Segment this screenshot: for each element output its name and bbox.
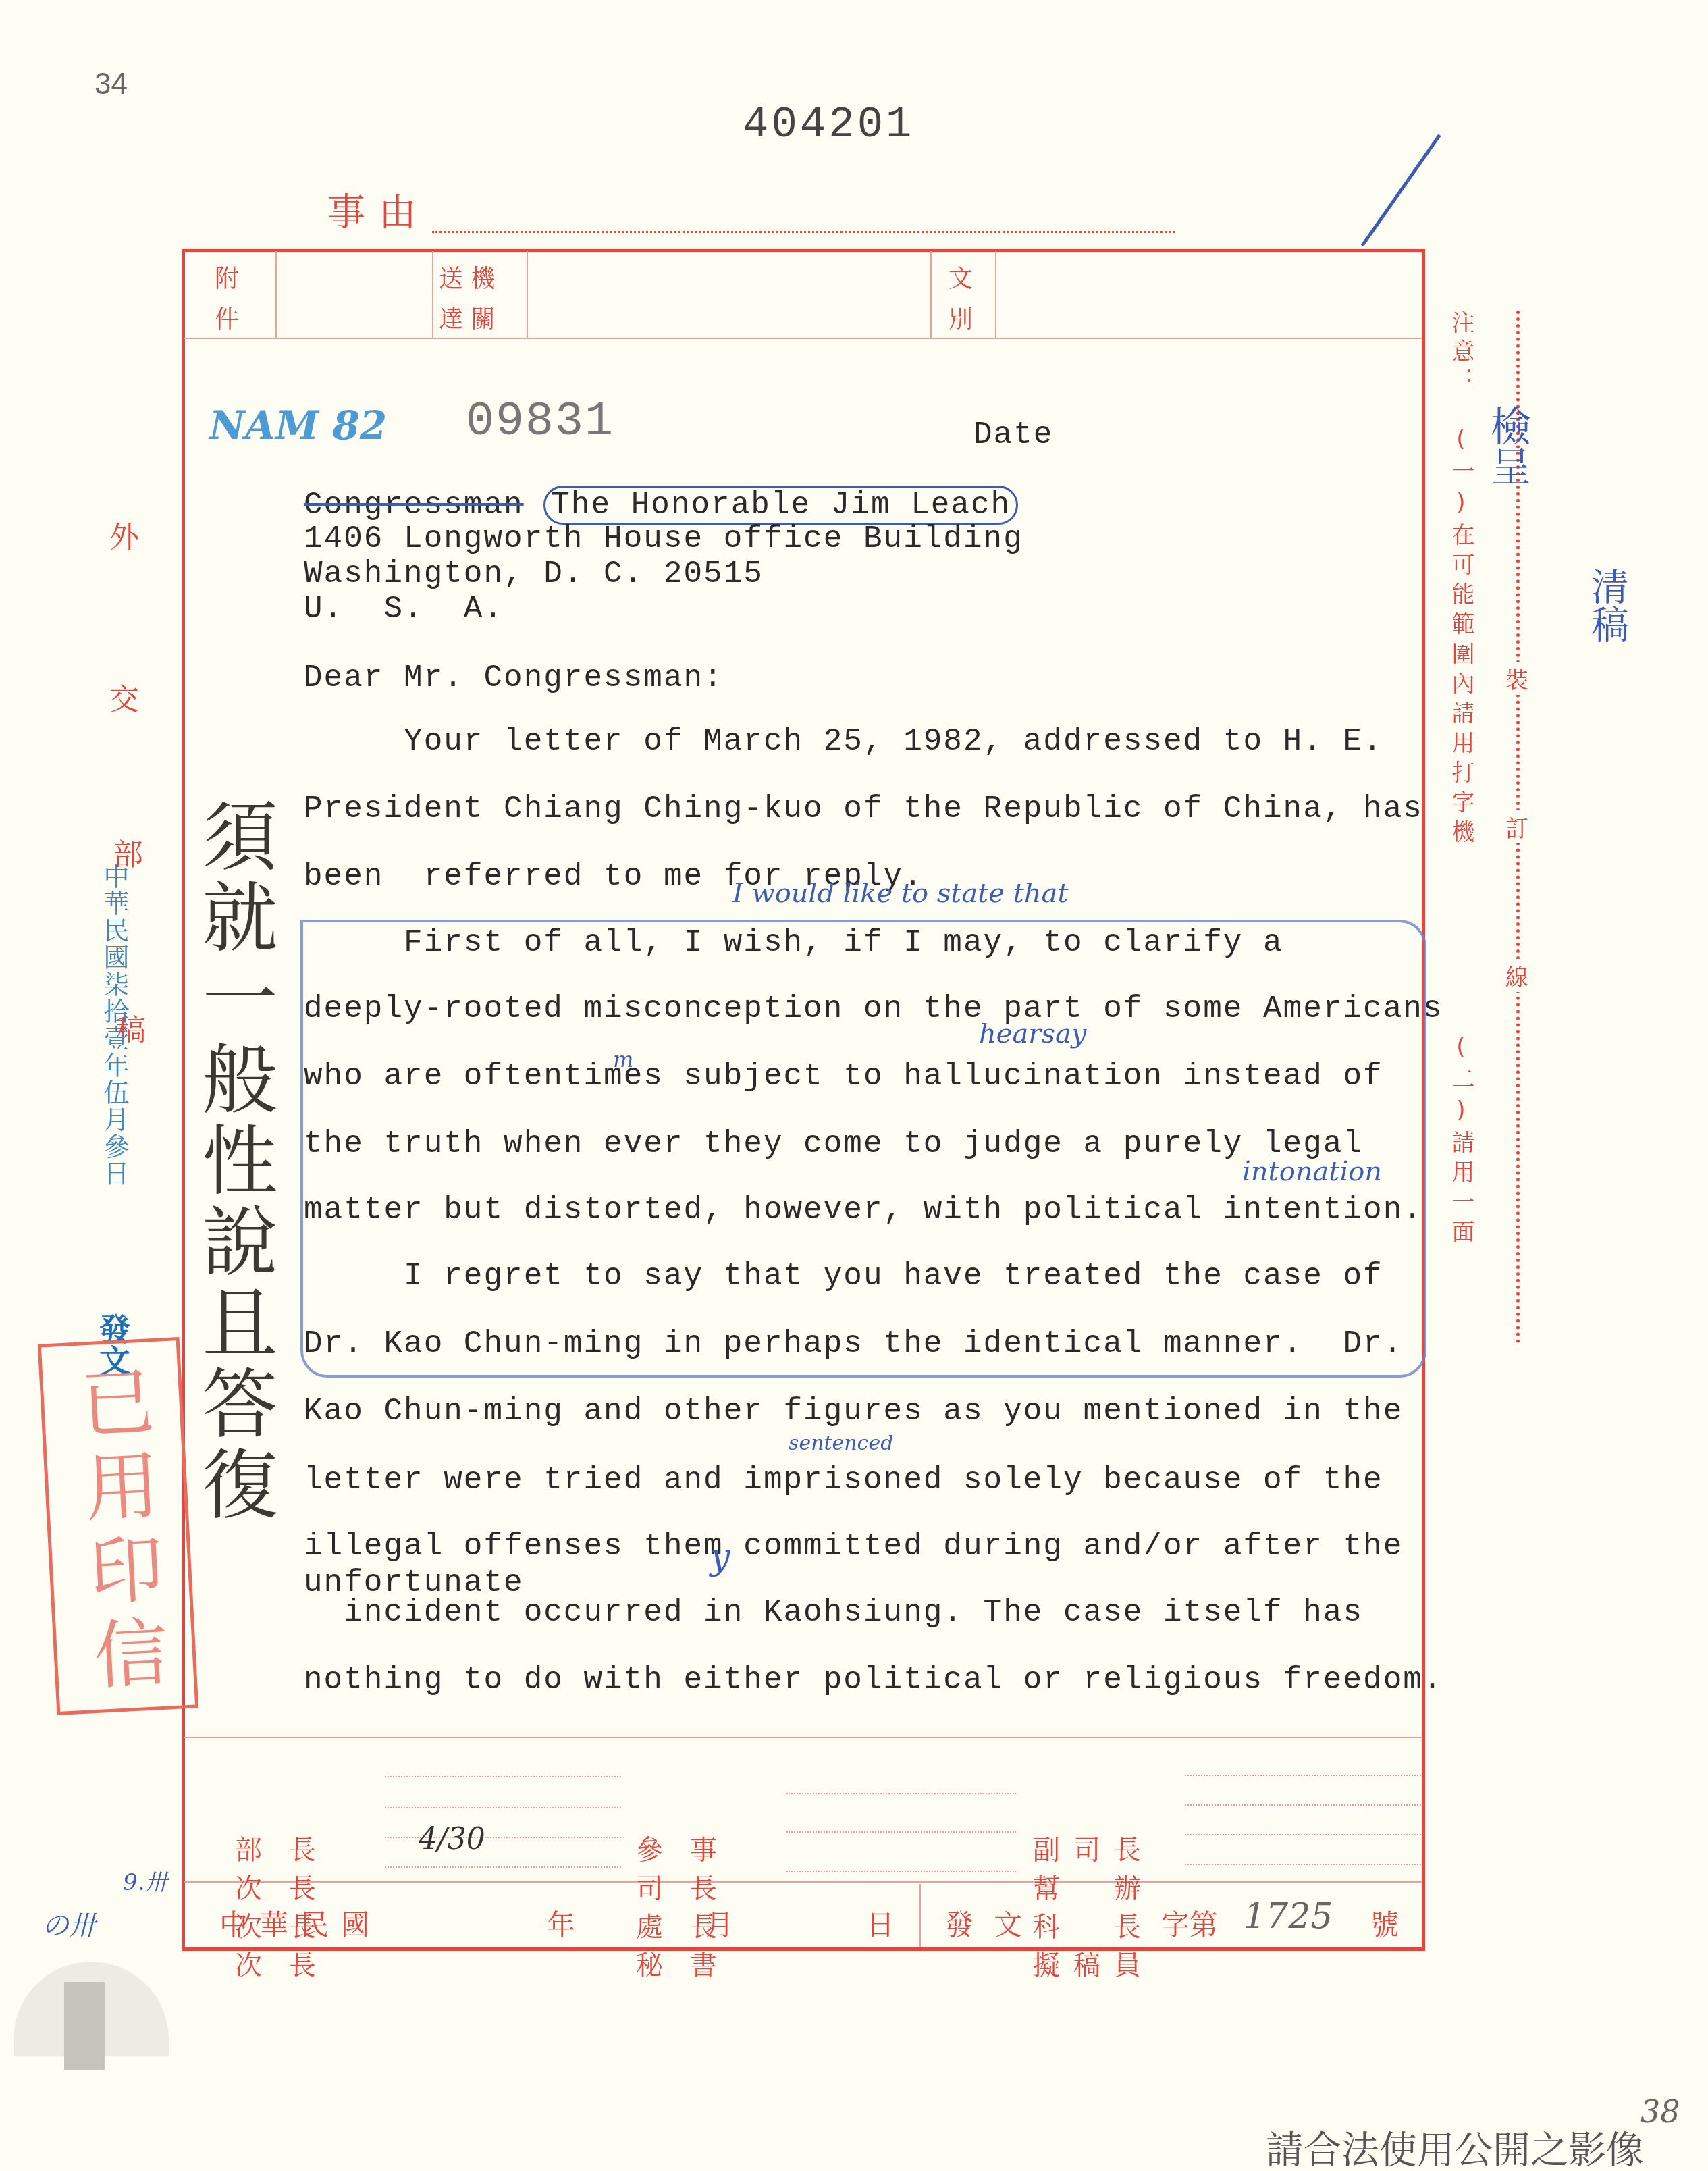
signature-line <box>385 1776 621 1777</box>
frame-top <box>182 249 1424 252</box>
approval-top-line <box>184 1737 1422 1738</box>
subject-line <box>432 231 1175 233</box>
binding-label-2: 訂 <box>1505 810 1528 843</box>
address-line-4: U. S. A. <box>304 592 504 627</box>
signature-line <box>385 1807 621 1808</box>
notice-title: 注意： <box>1445 311 1478 396</box>
recipient-agency-label: 送 機 達 關 <box>439 259 495 340</box>
check-mark <box>1361 134 1441 247</box>
archive-logo-book-icon <box>64 1982 105 2070</box>
footer-divider <box>919 1884 921 1947</box>
issue-number: 1725 <box>1244 1896 1333 1937</box>
reference-number: 09831 <box>466 396 614 449</box>
subject-label: 事由 <box>327 182 430 236</box>
date-label: Date <box>973 417 1053 452</box>
signature-line <box>1185 1775 1421 1776</box>
edit-bracket <box>300 920 1426 1378</box>
cell-divider <box>432 251 433 338</box>
footer-hao: 號 <box>1370 1903 1399 1943</box>
footer-day: 日 <box>866 1903 895 1943</box>
right-margin-note-2: 清稿 <box>1580 567 1634 643</box>
right-margin-note: 檢呈 <box>1478 405 1537 486</box>
binding-label-1: 裝 <box>1505 662 1528 695</box>
address-line-1: Congressman The Honorable Jim Leach <box>304 488 1018 523</box>
signature-line <box>1185 1834 1421 1835</box>
footer-word-no: 字第 <box>1161 1903 1218 1943</box>
serial-number: 404201 <box>743 101 914 150</box>
corner-page-number: 34 <box>95 68 128 101</box>
addressee-name: The Honorable Jim Leach <box>543 486 1018 525</box>
ministry-label-2: 交 <box>109 675 139 718</box>
watermark-notice: 請合法使用公開之影像 <box>1266 2120 1644 2171</box>
notice-item-1: (一)在可能範圍內請用打字機 <box>1445 425 1478 849</box>
body-line: letter were tried and imprisoned solely … <box>304 1463 1383 1498</box>
bottom-page-number: 38 <box>1640 2093 1680 2130</box>
annotation-sentenced: sentenced <box>789 1432 893 1455</box>
annotation-y: y <box>710 1537 730 1577</box>
signature-line <box>1185 1804 1421 1806</box>
doc-type-label: 文別 <box>949 259 973 340</box>
signature-line <box>786 1831 1016 1833</box>
frame-bottom <box>182 1947 1425 1951</box>
approval-col-2: 參 事司 長處 長秘 書 <box>636 1754 717 2024</box>
signature-line <box>385 1866 621 1868</box>
attachment-label: 附件 <box>215 259 239 340</box>
annotation-intonation: intonation <box>1242 1156 1382 1187</box>
reference-code: NAM 82 <box>209 402 387 448</box>
footer-month: 月 <box>705 1903 734 1943</box>
header-divider <box>184 338 1422 339</box>
address-line-3: Washington, D. C. 20515 <box>304 556 764 592</box>
footer-year: 年 <box>547 1903 575 1943</box>
body-line: illegal offenses them committed during a… <box>304 1529 1403 1564</box>
seal-used-stamp: 已用印信 <box>38 1337 198 1715</box>
cell-divider <box>995 251 996 338</box>
date-stamp: 中華民國柒拾壹年伍月參日 <box>96 863 133 1187</box>
annotation-m: m <box>613 1047 633 1072</box>
ministry-label-1: 外 <box>109 513 139 556</box>
approval-col-3: 副司長幫 辦科 長擬稿員 <box>1033 1754 1154 2024</box>
address-line-2: 1406 Longworth House office Building <box>304 521 1023 556</box>
salutation: Dear Mr. Congressman: <box>304 660 724 696</box>
body-line: President Chiang Ching-kuo of the Republ… <box>304 791 1423 827</box>
body-line: incident occurred in Kaohsiung. The case… <box>304 1595 1363 1630</box>
signature-line <box>1185 1864 1421 1865</box>
body-line: Kao Chun-ming and other figures as you m… <box>304 1394 1403 1429</box>
footer-dispatch: 發文 <box>945 1903 1042 1943</box>
cell-divider <box>275 251 277 338</box>
approval-bottom-line <box>184 1881 1422 1883</box>
notice-item-2: (二)請用一面 <box>1445 1033 1478 1249</box>
body-line: Your letter of March 25, 1982, addressed… <box>304 724 1383 759</box>
margin-signature-date: 9.卅 <box>123 1864 167 1897</box>
signature-line <box>786 1871 1016 1872</box>
footer-roc: 中華民國 <box>219 1903 381 1943</box>
body-line: nothing to do with either political or r… <box>304 1663 1443 1698</box>
cell-divider <box>930 251 932 338</box>
signature-date: 4/30 <box>419 1822 485 1856</box>
annotation-hearsay: hearsay <box>979 1018 1086 1049</box>
margin-signature-date-2: の卅 <box>42 1904 96 1943</box>
binding-label-3: 線 <box>1505 959 1528 992</box>
approval-col-1: 部 長次 長次 長次 長 <box>235 1754 316 2024</box>
brush-margin-note: 須就一般性說且答復 <box>196 797 271 1526</box>
annotation-insert: I would like to state that <box>732 878 1068 909</box>
cell-divider <box>527 251 528 338</box>
signature-line <box>786 1793 1016 1794</box>
